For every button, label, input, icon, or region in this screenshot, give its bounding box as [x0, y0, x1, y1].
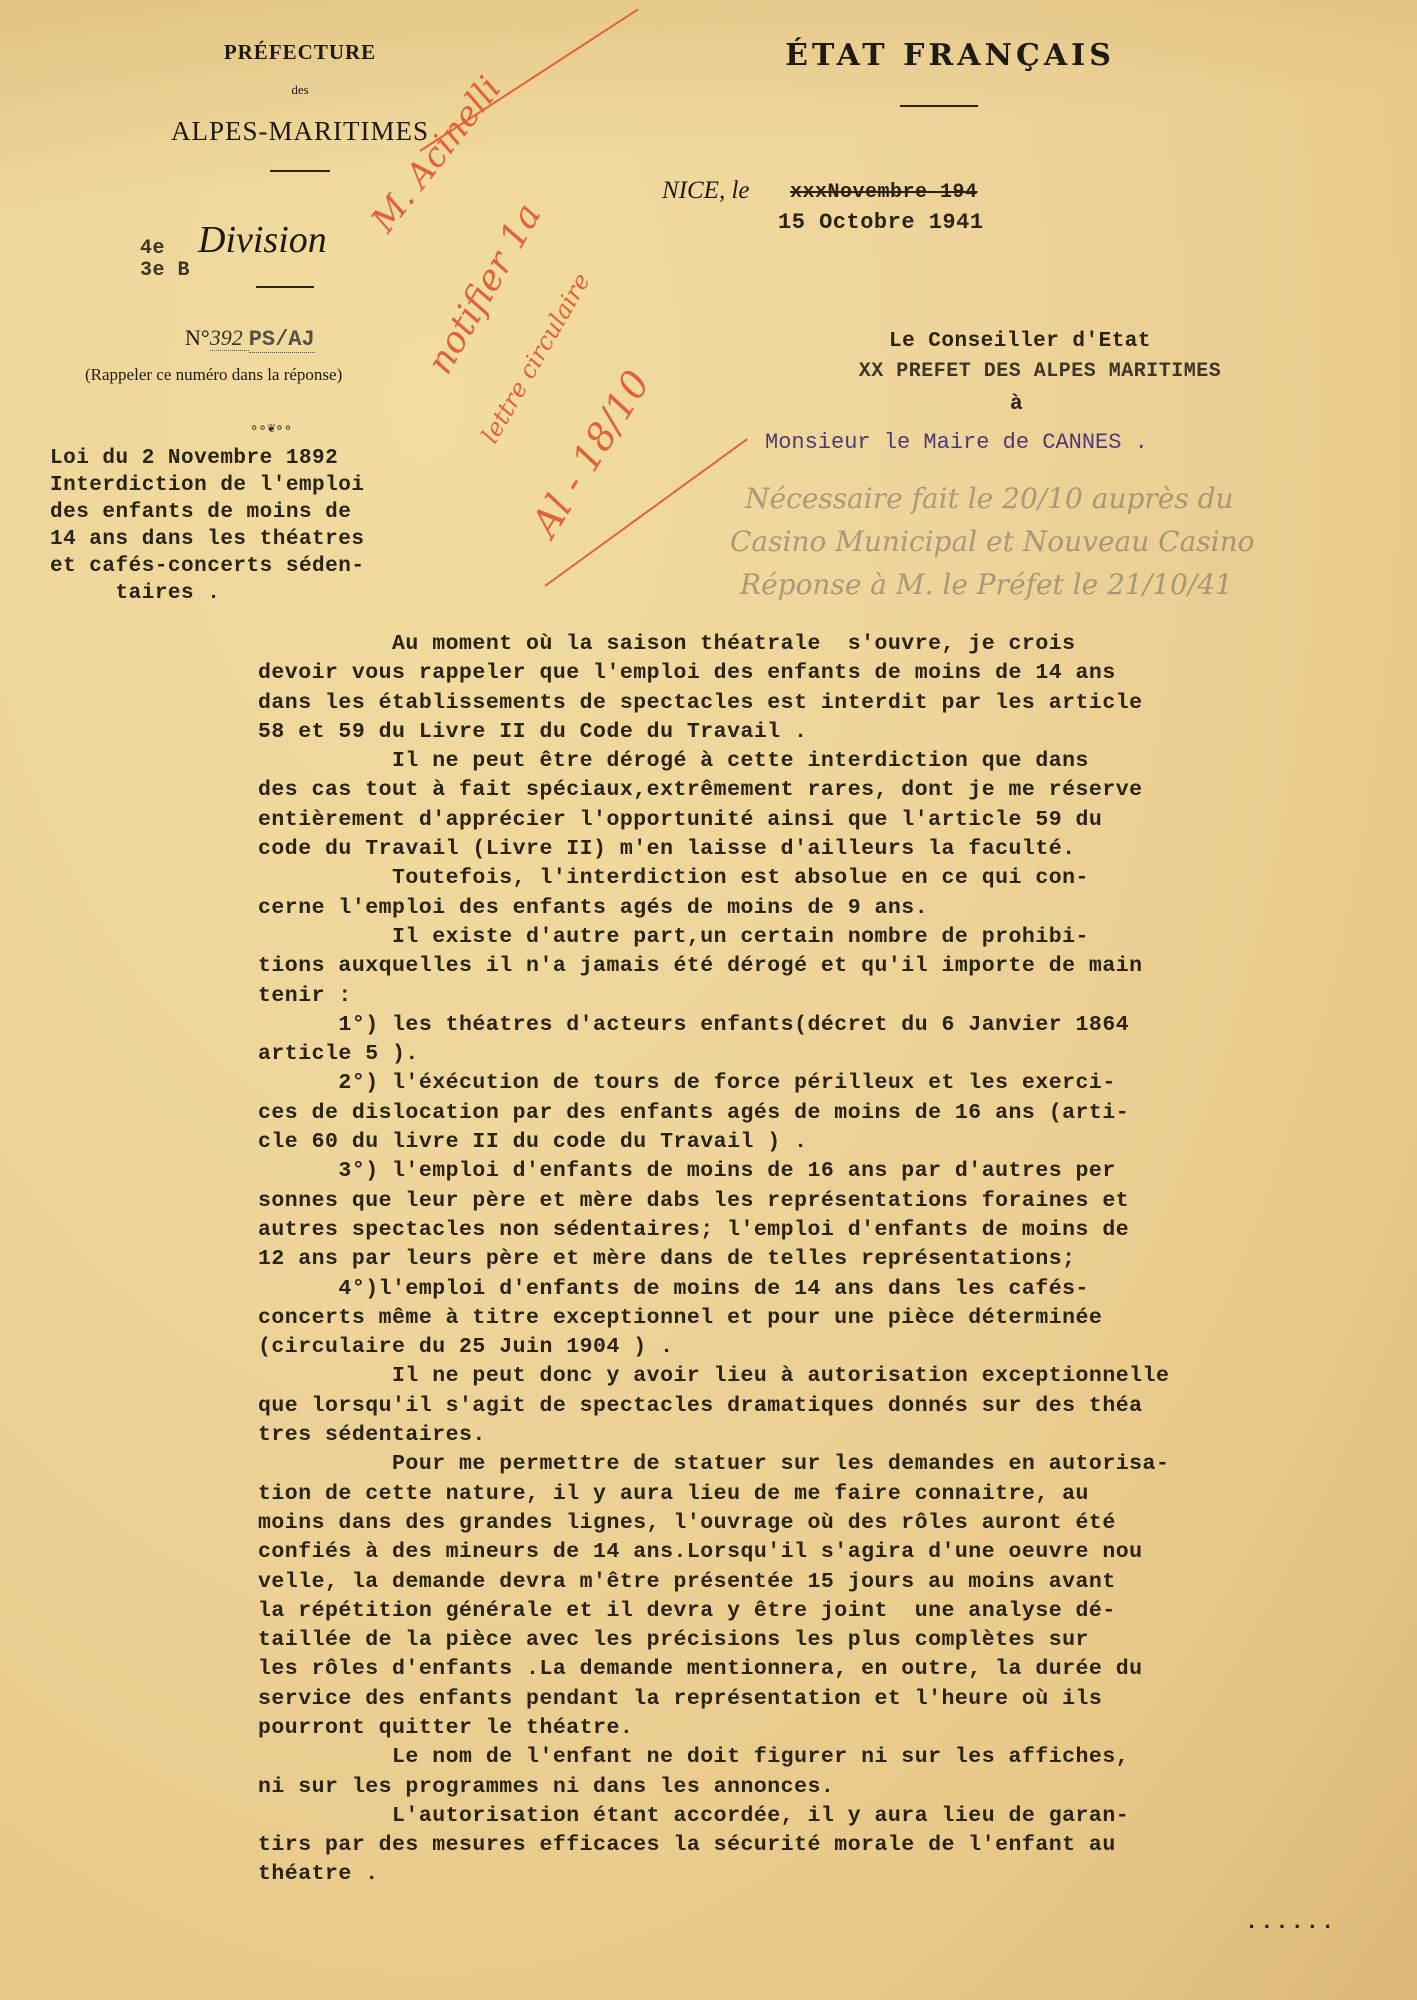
pencil-note-line: Nécessaire fait le 20/10 auprès du	[745, 482, 1234, 515]
reference-number: N°392PS/AJ	[185, 325, 315, 352]
body-paragraph: Le nom de l'enfant ne doit figurer ni su…	[258, 1743, 1417, 1802]
letter-date: 15 Octobre 1941	[778, 210, 984, 235]
header-divider-right	[900, 105, 978, 107]
sender-title: Le Conseiller d'Etat	[760, 330, 1280, 353]
continuation-marker: ......	[1245, 1910, 1336, 1935]
prefecture-title: PRÉFECTURE	[130, 40, 470, 65]
body-paragraph: Pour me permettre de statuer sur les dem…	[258, 1450, 1417, 1743]
body-paragraph: L'autorisation étant accordée, il y aura…	[258, 1802, 1417, 1890]
place-label: NICE, le	[662, 177, 750, 205]
body-list-item: 1°) les théatres d'acteurs enfants(décre…	[258, 1011, 1417, 1070]
body-list-item: 3°) l'emploi d'enfants de moins de 16 an…	[258, 1157, 1417, 1274]
red-underline	[419, 9, 638, 152]
body-paragraph: Toutefois, l'interdiction est absolue en…	[258, 864, 1417, 923]
struck-date: xxxNovembre 194	[790, 181, 978, 204]
body-paragraph: Il existe d'autre part,un certain nombre…	[258, 923, 1417, 1011]
subject-line: et cafés-concerts séden-	[50, 553, 480, 580]
body-list-item: 4°)l'emploi d'enfants de moins de 14 ans…	[258, 1275, 1417, 1363]
sender-office: XX PREFET DES ALPES MARITIMES	[780, 360, 1300, 383]
body-paragraph: Au moment où la saison théatrale s'ouvre…	[258, 630, 1417, 747]
subject-line: Interdiction de l'emploi	[50, 472, 480, 499]
division-code-1: 4e	[140, 238, 190, 260]
body-paragraph: Il ne peut donc y avoir lieu à autorisat…	[258, 1362, 1417, 1450]
letter-body: Au moment où la saison théatrale s'ouvre…	[258, 630, 1417, 1890]
division-divider	[256, 286, 314, 288]
subject-line: des enfants de moins de	[50, 499, 480, 526]
body-list-item: 2°) l'éxécution de tours de force périll…	[258, 1069, 1417, 1157]
reference-prefix: N°	[185, 325, 210, 350]
division-label: Division	[198, 218, 327, 262]
state-title: ÉTAT FRANÇAIS	[700, 38, 1200, 73]
prefecture-connector: des	[130, 82, 470, 98]
division-codes: 4e 3e B	[140, 238, 190, 282]
ornament-icon: ∘∘❦∘∘	[250, 420, 292, 437]
subject-line: 14 ans dans les théatres	[50, 526, 480, 553]
reference-code: PS/AJ	[249, 327, 315, 353]
header-divider-left	[270, 170, 330, 172]
reference-handwritten-number: 392	[210, 325, 249, 351]
pencil-note-line: Réponse à M. le Préfet le 21/10/41	[740, 568, 1233, 601]
division-code-2: 3e B	[140, 260, 190, 282]
body-paragraph: Il ne peut être dérogé à cette interdict…	[258, 747, 1417, 864]
addressee-preposition: à	[1010, 393, 1023, 416]
recipient: Monsieur le Maire de CANNES .	[765, 430, 1148, 455]
subject-line: Loi du 2 Novembre 1892	[50, 445, 480, 472]
subject-block: Loi du 2 Novembre 1892 Interdiction de l…	[50, 445, 480, 607]
pencil-note-line: Casino Municipal et Nouveau Casino	[730, 525, 1255, 558]
subject-line: taires .	[50, 580, 480, 607]
reference-reminder: (Rappeler ce numéro dans la réponse)	[85, 365, 342, 385]
